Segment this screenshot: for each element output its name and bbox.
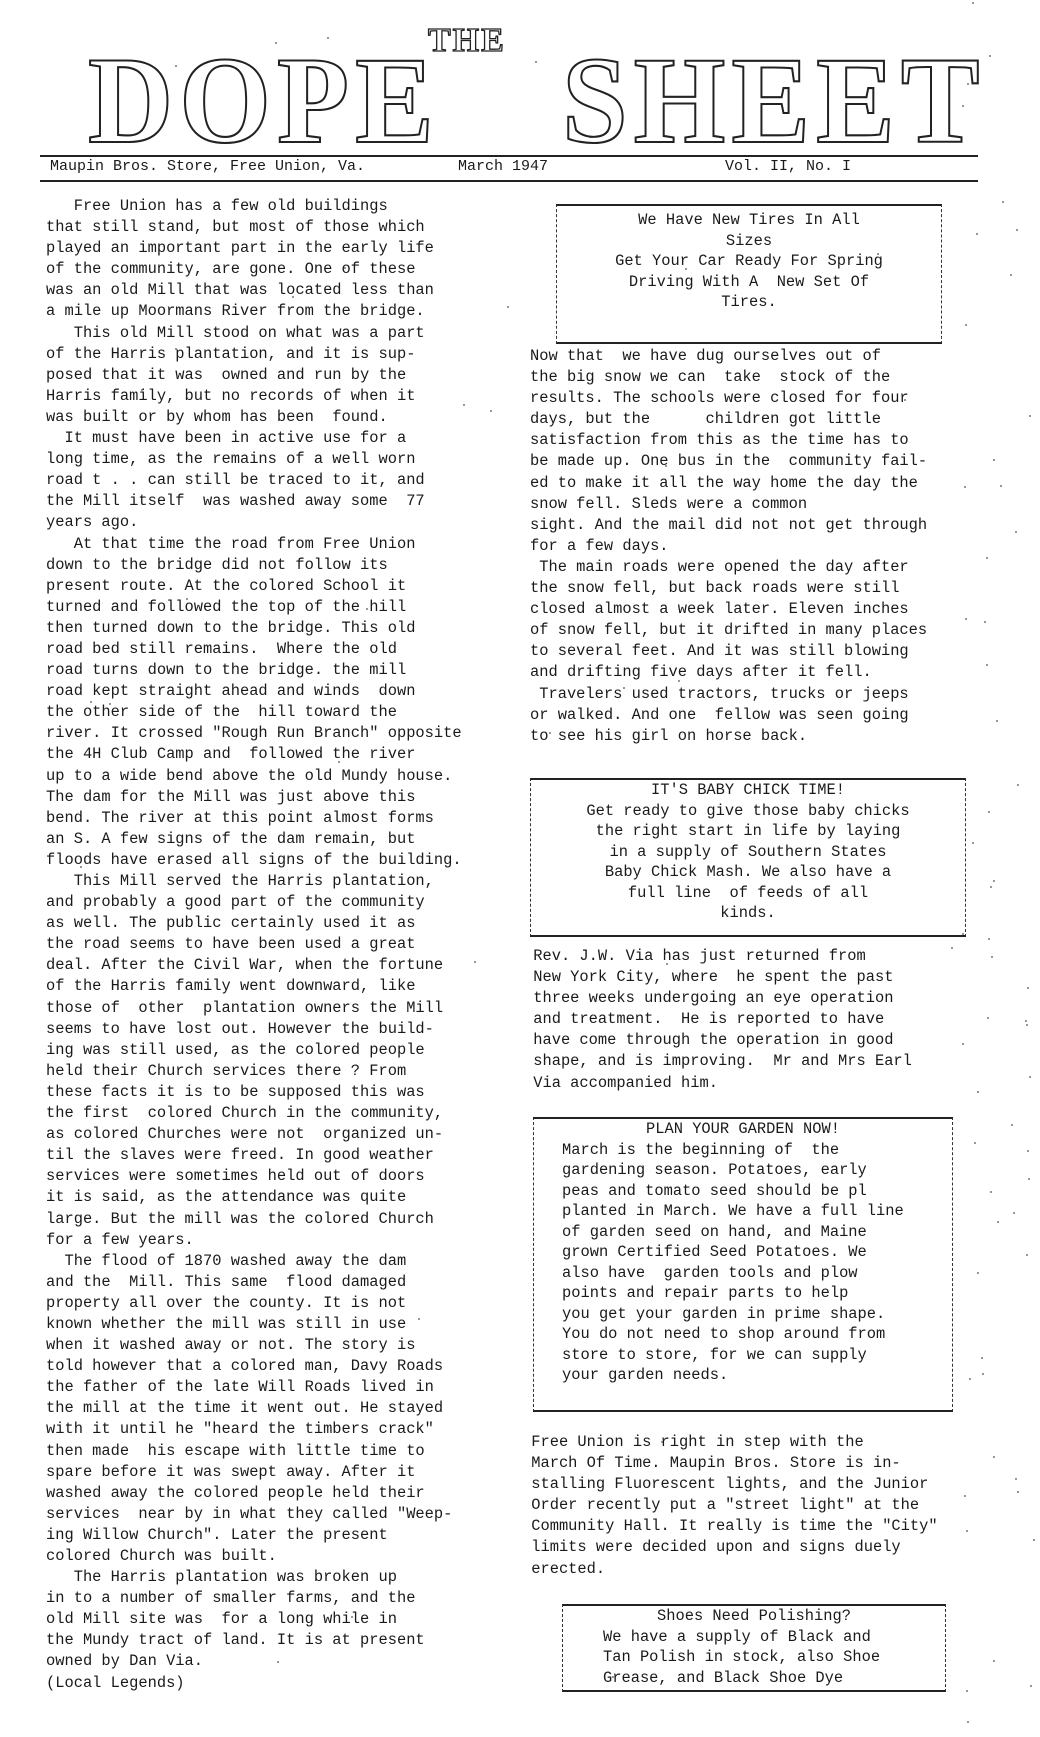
photocopy-speck bbox=[988, 938, 990, 940]
article-line: Free Union is right in step with the bbox=[522, 1432, 992, 1453]
article-line: The Harris plantation was broken up bbox=[46, 1567, 526, 1588]
article-line: was an old Mill that was located less th… bbox=[46, 280, 526, 301]
ad-baby-chick: IT'S BABY CHICK TIME!Get ready to give t… bbox=[530, 778, 966, 937]
photocopy-speck bbox=[1029, 1076, 1031, 1078]
article-line: ed to make it all the way home the day t… bbox=[530, 473, 1000, 494]
ad-line: you get your garden in prime shape. bbox=[562, 1304, 952, 1325]
article-line: present route. At the colored School it bbox=[46, 576, 526, 597]
article-line: This Mill served the Harris plantation, bbox=[46, 871, 526, 892]
photocopy-speck bbox=[1027, 987, 1029, 989]
ad-heading: Shoes Need Polishing? bbox=[563, 1606, 945, 1627]
article-line: when it washed away or not. The story is bbox=[46, 1335, 526, 1356]
article-line: road turns down to the bridge. the mill bbox=[46, 660, 526, 681]
photocopy-speck bbox=[685, 268, 687, 270]
article-line: as well. The public certainly used it as bbox=[46, 913, 526, 934]
photocopy-speck bbox=[1002, 201, 1004, 203]
ad-line: Tan Polish in stock, also Shoe bbox=[603, 1647, 945, 1668]
ad-heading: IT'S BABY CHICK TIME! bbox=[531, 780, 965, 801]
article-line: years ago. bbox=[46, 512, 526, 533]
ad-line: grown Certified Seed Potatoes. We bbox=[562, 1242, 952, 1263]
article-line: played an important part in the early li… bbox=[46, 238, 526, 259]
photocopy-speck bbox=[1017, 784, 1019, 786]
article-line: those of other plantation owners the Mil… bbox=[46, 998, 526, 1019]
article-line: of the Harris plantation, and it is sup- bbox=[46, 344, 526, 365]
article-line: stalling Fluorescent lights, and the Jun… bbox=[522, 1474, 992, 1495]
ad-line: Baby Chick Mash. We also have a bbox=[531, 862, 965, 883]
article-line: the road seems to have been used a great bbox=[46, 934, 526, 955]
article-line: road t . . can still be traced to it, an… bbox=[46, 470, 526, 491]
ad-line: of garden seed on hand, and Maine bbox=[562, 1222, 952, 1243]
ad-line: You do not need to shop around from bbox=[562, 1324, 952, 1345]
photocopy-speck bbox=[976, 233, 978, 235]
article-line: ing was still used, as the colored peopl… bbox=[46, 1040, 526, 1061]
article-line: Free Union has a few old buildings bbox=[46, 196, 526, 217]
article-rev-via: Rev. J.W. Via has just returned from New… bbox=[524, 946, 994, 1094]
article-line: large. But the mill was the colored Chur… bbox=[46, 1209, 526, 1230]
article-line: then turned down to the bridge. This old bbox=[46, 618, 526, 639]
photocopy-speck bbox=[1015, 531, 1017, 533]
photocopy-speck bbox=[612, 1676, 614, 1678]
ad-line: Tires. bbox=[557, 292, 941, 313]
photocopy-speck bbox=[1025, 1020, 1027, 1022]
ad-line: We Have New Tires In All bbox=[557, 210, 941, 231]
photocopy-speck bbox=[1000, 485, 1002, 487]
photocopy-speck bbox=[988, 811, 990, 813]
article-line: The dam for the Mill was just above this bbox=[46, 787, 526, 808]
article-line: posed that it was owned and run by the bbox=[46, 365, 526, 386]
article-line: services near by in what they called "We… bbox=[46, 1504, 526, 1525]
photocopy-speck bbox=[344, 267, 346, 269]
publisher: Maupin Bros. Store, Free Union, Va. bbox=[50, 158, 365, 175]
ad-line: gardening season. Potatoes, early bbox=[562, 1160, 952, 1181]
article-line: At that time the road from Free Union bbox=[46, 534, 526, 555]
photocopy-speck bbox=[982, 1373, 984, 1375]
article-line: with it until he "heard the timbers crac… bbox=[46, 1419, 526, 1440]
photocopy-speck bbox=[964, 486, 966, 488]
ad-line: March is the beginning of the bbox=[562, 1140, 952, 1161]
article-line: the big snow we can take stock of the bbox=[530, 367, 1000, 388]
article-line: services were sometimes held out of door… bbox=[46, 1166, 526, 1187]
photocopy-speck bbox=[986, 664, 988, 666]
photocopy-speck bbox=[1017, 1491, 1019, 1493]
photocopy-speck bbox=[965, 618, 967, 620]
article-line: property all over the county. It is not bbox=[46, 1293, 526, 1314]
article-line: these facts it is to be supposed this wa… bbox=[46, 1082, 526, 1103]
photocopy-speck bbox=[977, 1272, 979, 1274]
article-line: deal. After the Civil War, when the fort… bbox=[46, 955, 526, 976]
photocopy-speck bbox=[1016, 229, 1018, 231]
article-line: closed almost a week later. Eleven inche… bbox=[530, 599, 1000, 620]
ad-line: also have garden tools and plow bbox=[562, 1263, 952, 1284]
photocopy-speck bbox=[974, 1142, 976, 1144]
photocopy-speck bbox=[1026, 1254, 1028, 1256]
article-line: satisfaction from this as the time has t… bbox=[530, 430, 1000, 451]
article-line: that still stand, but most of those whic… bbox=[46, 217, 526, 238]
article-line: the first colored Church in the communit… bbox=[46, 1103, 526, 1124]
article-line: Now that we have dug ourselves out of bbox=[530, 346, 1000, 367]
masthead-title-sheet: SHEET bbox=[562, 39, 986, 163]
photocopy-speck bbox=[997, 1221, 999, 1223]
ad-line: points and repair parts to help bbox=[562, 1283, 952, 1304]
article-line: of the community, are gone. One of these bbox=[46, 259, 526, 280]
article-line: and the Mill. This same flood damaged bbox=[46, 1272, 526, 1293]
ad-line: full line of feeds of all bbox=[531, 883, 965, 904]
article-line: March Of Time. Maupin Bros. Store is in- bbox=[522, 1453, 992, 1474]
article-line: owned by Dan Via. bbox=[46, 1651, 526, 1672]
article-line: the father of the late Will Roads lived … bbox=[46, 1377, 526, 1398]
photocopy-speck bbox=[490, 410, 492, 412]
article-line: sight. And the mail did not not get thro… bbox=[530, 515, 1000, 536]
ad-line: Get Your Car Ready For Spring bbox=[557, 251, 941, 272]
article-line: the Mundy tract of land. It is at presen… bbox=[46, 1630, 526, 1651]
article-line: snow fell. Sleds were a common bbox=[530, 494, 1000, 515]
article-line: erected. bbox=[522, 1559, 992, 1580]
article-old-mill: Free Union has a few old buildingsthat s… bbox=[46, 196, 526, 1694]
ad-line: your garden needs. bbox=[562, 1365, 952, 1386]
photocopy-speck bbox=[1029, 415, 1031, 417]
photocopy-speck bbox=[962, 933, 964, 935]
photocopy-speck bbox=[292, 296, 294, 298]
photocopy-speck bbox=[969, 1378, 971, 1380]
ad-line: Driving With A New Set Of bbox=[557, 272, 941, 293]
article-line: in to a number of smaller farms, and the bbox=[46, 1588, 526, 1609]
article-line: shape, and is improving. Mr and Mrs Earl bbox=[524, 1051, 994, 1072]
photocopy-speck bbox=[1011, 1124, 1013, 1126]
article-line: three weeks undergoing an eye operation bbox=[524, 988, 994, 1009]
article-line: an S. A few signs of the dam remain, but bbox=[46, 829, 526, 850]
photocopy-speck bbox=[967, 1721, 969, 1723]
article-line: Order recently put a "street light" at t… bbox=[522, 1495, 992, 1516]
photocopy-speck bbox=[90, 701, 92, 703]
photocopy-speck bbox=[1026, 1024, 1028, 1026]
article-big-snow: Now that we have dug ourselves out ofthe… bbox=[530, 346, 1000, 747]
photocopy-speck bbox=[990, 1191, 992, 1193]
photocopy-speck bbox=[1027, 1150, 1029, 1152]
photocopy-speck bbox=[993, 880, 995, 882]
article-line: days, but the children got little bbox=[530, 409, 1000, 430]
photocopy-speck bbox=[535, 61, 537, 63]
article-line: as colored Churches were not organized u… bbox=[46, 1124, 526, 1145]
article-line: road bed still remains. Where the old bbox=[46, 639, 526, 660]
article-line: the Mill itself was washed away some 77 bbox=[46, 491, 526, 512]
photocopy-speck bbox=[993, 459, 995, 461]
masthead-rule-top bbox=[40, 155, 978, 157]
photocopy-speck bbox=[993, 1660, 995, 1662]
article-line: of snow fell, but it drifted in many pla… bbox=[530, 620, 1000, 641]
volume-number: Vol. II, No. I bbox=[725, 158, 851, 175]
article-line: it is said, as the attendance was quite bbox=[46, 1187, 526, 1208]
article-line: Harris family, but no records of when it bbox=[46, 386, 526, 407]
article-line: The flood of 1870 washed away the dam bbox=[46, 1251, 526, 1272]
issue-date: March 1947 bbox=[458, 158, 548, 175]
photocopy-speck bbox=[972, 842, 974, 844]
photocopy-speck bbox=[186, 598, 188, 600]
article-line: known whether the mill was still in use bbox=[46, 1314, 526, 1335]
photocopy-speck bbox=[661, 1441, 663, 1443]
photocopy-speck bbox=[623, 687, 625, 689]
article-line: up to a wide bend above the old Mundy ho… bbox=[46, 766, 526, 787]
article-line: floods have erased all signs of the buil… bbox=[46, 850, 526, 871]
article-line: the snow fell, but back roads were still bbox=[530, 578, 1000, 599]
article-free-union-lights: Free Union is right in step with the Mar… bbox=[522, 1432, 992, 1580]
article-line: for a few days. bbox=[530, 536, 1000, 557]
ad-line: store to store, for we can supply bbox=[562, 1345, 952, 1366]
article-line: Via accompanied him. bbox=[524, 1073, 994, 1094]
article-line: told however that a colored man, Davy Ro… bbox=[46, 1356, 526, 1377]
ad-tires: We Have New Tires In AllSizesGet Your Ca… bbox=[556, 204, 942, 344]
article-line: be made up. One bus in the community fai… bbox=[530, 451, 1000, 472]
ad-line: kinds. bbox=[531, 903, 965, 924]
ad-line: Get ready to give those baby chicks bbox=[531, 801, 965, 822]
article-line: long time, as the remains of a well worn bbox=[46, 449, 526, 470]
ad-line: peas and tomato seed should be pl bbox=[562, 1181, 952, 1202]
ad-garden: PLAN YOUR GARDEN NOW!March is the beginn… bbox=[533, 1117, 953, 1412]
article-line: Rev. J.W. Via has just returned from bbox=[524, 946, 994, 967]
ad-line: We have a supply of Black and bbox=[603, 1627, 945, 1648]
article-line: old Mill site was for a long while in bbox=[46, 1609, 526, 1630]
ad-line: the right start in life by laying bbox=[531, 821, 965, 842]
masthead-title-dope: DOPE bbox=[88, 39, 440, 163]
article-line: Travelers used tractors, trucks or jeeps bbox=[530, 684, 1000, 705]
ad-shoe-polish: Shoes Need Polishing?We have a supply of… bbox=[562, 1604, 946, 1692]
article-line: for a few years. bbox=[46, 1230, 526, 1251]
article-line: to several feet. And it was still blowin… bbox=[530, 641, 1000, 662]
photocopy-speck bbox=[366, 608, 368, 610]
photocopy-speck bbox=[990, 886, 992, 888]
article-line: (Local Legends) bbox=[46, 1673, 526, 1694]
article-line: This old Mill stood on what was a part bbox=[46, 323, 526, 344]
ad-line: Sizes bbox=[557, 231, 941, 252]
article-line: of the Harris family went downward, like bbox=[46, 976, 526, 997]
article-line: Community Hall. It really is time the "C… bbox=[522, 1516, 992, 1537]
article-line: turned and followed the top of the hill bbox=[46, 597, 526, 618]
article-line: road kept straight ahead and winds down bbox=[46, 681, 526, 702]
article-line: bend. The river at this point almost for… bbox=[46, 808, 526, 829]
article-line: ing Willow Church". Later the present bbox=[46, 1525, 526, 1546]
article-line: the mill at the time it went out. He sta… bbox=[46, 1398, 526, 1419]
article-line: the 4H Club Camp and followed the river bbox=[46, 744, 526, 765]
photocopy-speck bbox=[1033, 1539, 1035, 1541]
ad-line: in a supply of Southern States bbox=[531, 842, 965, 863]
photocopy-speck bbox=[80, 866, 82, 868]
masthead-rule-bottom bbox=[40, 180, 978, 182]
article-line: and probably a good part of the communit… bbox=[46, 892, 526, 913]
photocopy-speck bbox=[1015, 1478, 1017, 1480]
article-line: til the slaves were freed. In good weath… bbox=[46, 1145, 526, 1166]
article-line: colored Church was built. bbox=[46, 1546, 526, 1567]
article-line: then made his escape with little time to bbox=[46, 1441, 526, 1462]
article-line: the other side of the hill toward the bbox=[46, 702, 526, 723]
article-line: or walked. And one fellow was seen going bbox=[530, 705, 1000, 726]
photocopy-speck bbox=[981, 1357, 983, 1359]
ad-line: Grease, and Black Shoe Dye bbox=[603, 1668, 945, 1689]
article-line: limits were decided upon and signs duely bbox=[522, 1537, 992, 1558]
article-line: It must have been in active use for a bbox=[46, 428, 526, 449]
article-line: The main roads were opened the day after bbox=[530, 557, 1000, 578]
article-line: to see his girl on horse back. bbox=[530, 726, 1000, 747]
article-line: seems to have lost out. However the buil… bbox=[46, 1019, 526, 1040]
ad-heading: PLAN YOUR GARDEN NOW! bbox=[534, 1119, 952, 1140]
article-line: results. The schools were closed for fou… bbox=[530, 388, 1000, 409]
article-line: a mile up Moormans River from the bridge… bbox=[46, 301, 526, 322]
ad-line: planted in March. We have a full line bbox=[562, 1201, 952, 1222]
photocopy-speck bbox=[877, 253, 879, 255]
article-line: was built or by whom has been found. bbox=[46, 407, 526, 428]
article-line: spare before it was swept away. After it bbox=[46, 1462, 526, 1483]
photocopy-speck bbox=[1030, 1685, 1032, 1687]
photocopy-speck bbox=[1028, 1178, 1030, 1180]
photocopy-speck bbox=[964, 1495, 966, 1497]
article-line: New York City, where he spent the past bbox=[524, 967, 994, 988]
photocopy-speck bbox=[967, 83, 969, 85]
article-line: down to the bridge did not follow its bbox=[46, 555, 526, 576]
photocopy-speck bbox=[993, 1456, 995, 1458]
newspaper-page: THE DOPE SHEET Maupin Bros. Store, Free … bbox=[0, 0, 1040, 1737]
article-line: and treatment. He is reported to have bbox=[524, 1009, 994, 1030]
photocopy-speck bbox=[835, 716, 837, 718]
photocopy-speck bbox=[507, 306, 509, 308]
photocopy-speck bbox=[965, 324, 967, 326]
photocopy-speck bbox=[1013, 1212, 1015, 1214]
article-line: and drifting five days after it fell. bbox=[530, 662, 1000, 683]
article-line: river. It crossed "Rough Run Branch" opp… bbox=[46, 723, 526, 744]
photocopy-speck bbox=[972, 2, 974, 4]
photocopy-speck bbox=[966, 1690, 968, 1692]
photocopy-speck bbox=[989, 55, 991, 57]
photocopy-speck bbox=[1010, 274, 1012, 276]
article-line: washed away the colored people held thei… bbox=[46, 1483, 526, 1504]
article-line: have come through the operation in good bbox=[524, 1030, 994, 1051]
article-line: held their Church services there ? From bbox=[46, 1061, 526, 1082]
